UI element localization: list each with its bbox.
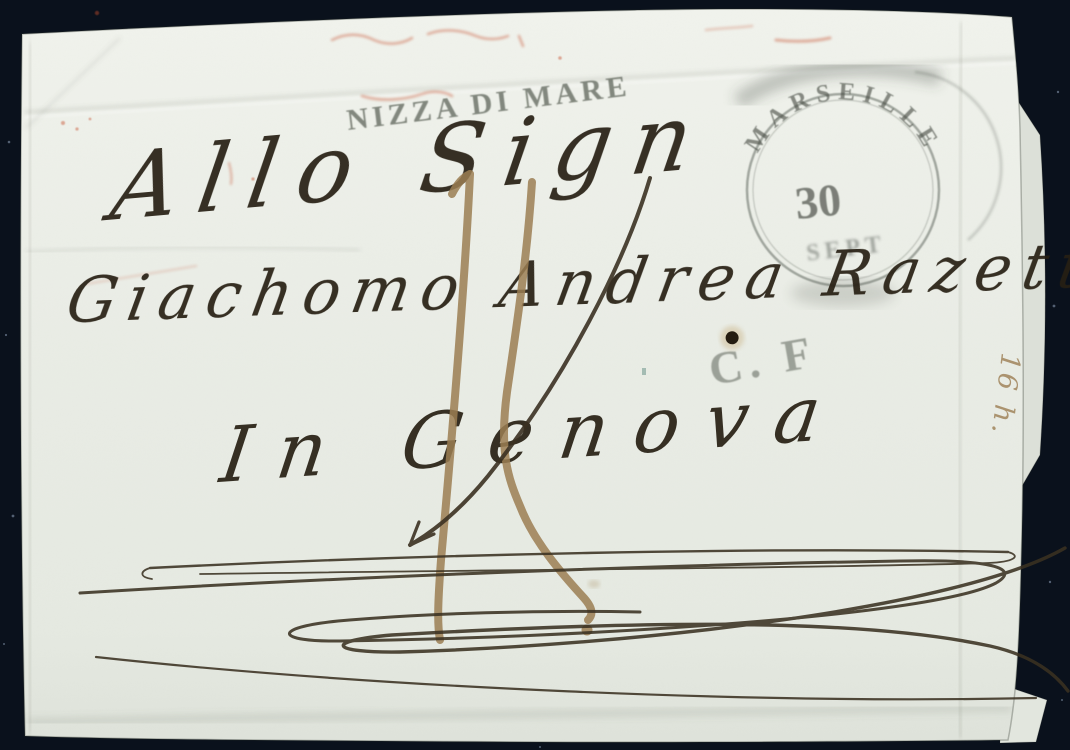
- photo-of-postal-cover: NIZZA DI MARE MARSEILLE 30 SEPT C. F All…: [0, 0, 1070, 750]
- datestamp-day: 30: [792, 173, 843, 229]
- cover-artwork: NIZZA DI MARE MARSEILLE 30 SEPT C. F All…: [0, 0, 1070, 750]
- small-teal-mark: [642, 368, 646, 375]
